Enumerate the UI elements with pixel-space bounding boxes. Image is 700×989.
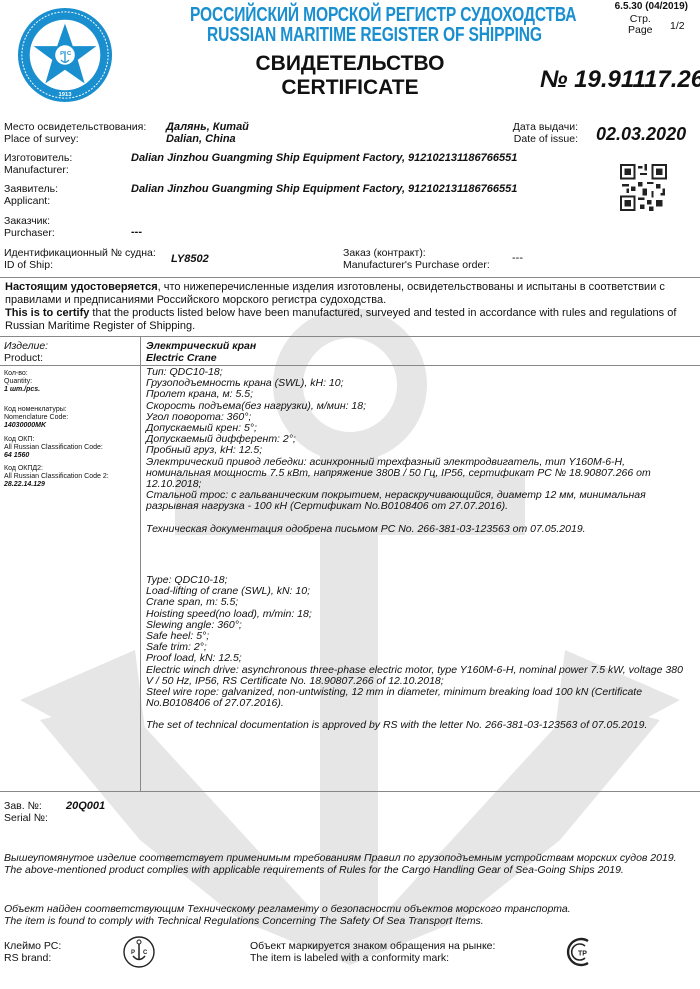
manufacturer-value: Dalian Jinzhou Guangming Ship Equipment … xyxy=(131,152,517,164)
qr-code xyxy=(620,164,667,211)
okp-code: Код ОКП:All Russian Classification Code:… xyxy=(4,436,103,460)
spec-line: Электрический привод лебедки: асинхронны… xyxy=(146,457,686,491)
place-of-survey-label: Место освидетельствования:Place of surve… xyxy=(4,121,146,145)
purchaser-value: --- xyxy=(131,226,142,238)
spec-en: Type: QDC10-18;Load-lifting of crane (SW… xyxy=(146,575,686,732)
ship-id-label: Идентификационный № судна:ID of Ship: xyxy=(4,247,156,271)
rs-brand-icon: Р С xyxy=(122,935,156,969)
page-number: 1/2 xyxy=(670,20,685,32)
purchaser-label: Заказчик:Purchaser: xyxy=(4,215,55,239)
spec-line: Electric winch drive: asynchronous three… xyxy=(146,665,686,687)
tech-regulation-compliance: Объект найден соответствующим Техническо… xyxy=(4,903,694,927)
svg-text:С: С xyxy=(143,950,148,956)
org-name-en: RUSSIAN MARITIME REGISTER OF SHIPPING xyxy=(207,24,542,47)
conformity-mark-label: Объект маркируется знаком обращения на р… xyxy=(250,940,495,964)
svg-text:Р: Р xyxy=(60,51,64,57)
rs-logo: Р С 1913 xyxy=(16,6,114,104)
ship-id-value: LY8502 xyxy=(171,253,209,265)
spec-line: Пролет крана, м: 5.5; xyxy=(146,389,686,400)
ctp-conformity-icon: TP xyxy=(564,936,596,968)
manufacturer-label: Изготовитель:Manufacturer: xyxy=(4,152,72,176)
spec-line: Crane span, m: 5.5; xyxy=(146,597,686,608)
title-ru: СВИДЕТЕЛЬСТВО xyxy=(250,52,450,76)
okpd2-code: Код ОКПД2:All Russian Classification Cod… xyxy=(4,465,109,489)
certificate-number: № 19.91117.266 xyxy=(540,66,700,94)
svg-text:С: С xyxy=(67,51,72,57)
nomenclature-code: Код номенклатуры:Nomenclature Code:14030… xyxy=(4,406,68,430)
spec-ru: Тип: QDC10-18;Грузоподъемность крана (SW… xyxy=(146,367,686,535)
page-label: Стр. Page xyxy=(628,14,653,36)
purchase-order-label: Заказ (контракт):Manufacturer's Purchase… xyxy=(343,247,490,271)
spec-line: Steel wire rope: galvanized, non-untwist… xyxy=(146,687,686,709)
svg-text:1913: 1913 xyxy=(58,92,72,98)
spec-line: Safe heel: 5°; xyxy=(146,631,686,642)
serial-label: Зав. №:Serial №: xyxy=(4,800,48,824)
svg-text:TP: TP xyxy=(578,951,587,958)
product-label: Изделие:Product: xyxy=(4,340,48,364)
quantity: Кол-во:Quantity:1 шт./pcs. xyxy=(4,370,40,394)
form-number: 6.5.30 (04/2019) xyxy=(615,1,688,12)
applicant-label: Заявитель:Applicant: xyxy=(4,183,58,207)
purchase-order-value: --- xyxy=(512,252,523,264)
serial-value: 20Q001 xyxy=(66,800,105,812)
rs-brand-label: Клеймо РС:RS brand: xyxy=(4,940,61,964)
rules-compliance: Вышеупомянутое изделие соответствует при… xyxy=(4,852,694,876)
applicant-value: Dalian Jinzhou Guangming Ship Equipment … xyxy=(131,183,517,195)
title-en: CERTIFICATE xyxy=(250,76,450,100)
spec-line: Slewing angle: 360°; xyxy=(146,620,686,631)
spec-line: Стальной трос: с гальваническим покрытие… xyxy=(146,490,686,512)
spec-line: Пробный груз, kH: 12.5; xyxy=(146,445,686,456)
svg-text:Р: Р xyxy=(131,950,135,956)
product-name: Электрический кранElectric Crane xyxy=(146,340,256,364)
certify-statement: Настоящим удостоверяется, что нижеперечи… xyxy=(5,281,695,333)
spec-line: Proof load, kN: 12.5; xyxy=(146,653,686,664)
date-of-issue-label: Дата выдачи:Date of issue: xyxy=(500,121,578,145)
date-of-issue-value: 02.03.2020 xyxy=(596,124,686,145)
place-of-survey-value: Далянь, КитайDalian, China xyxy=(166,121,249,145)
